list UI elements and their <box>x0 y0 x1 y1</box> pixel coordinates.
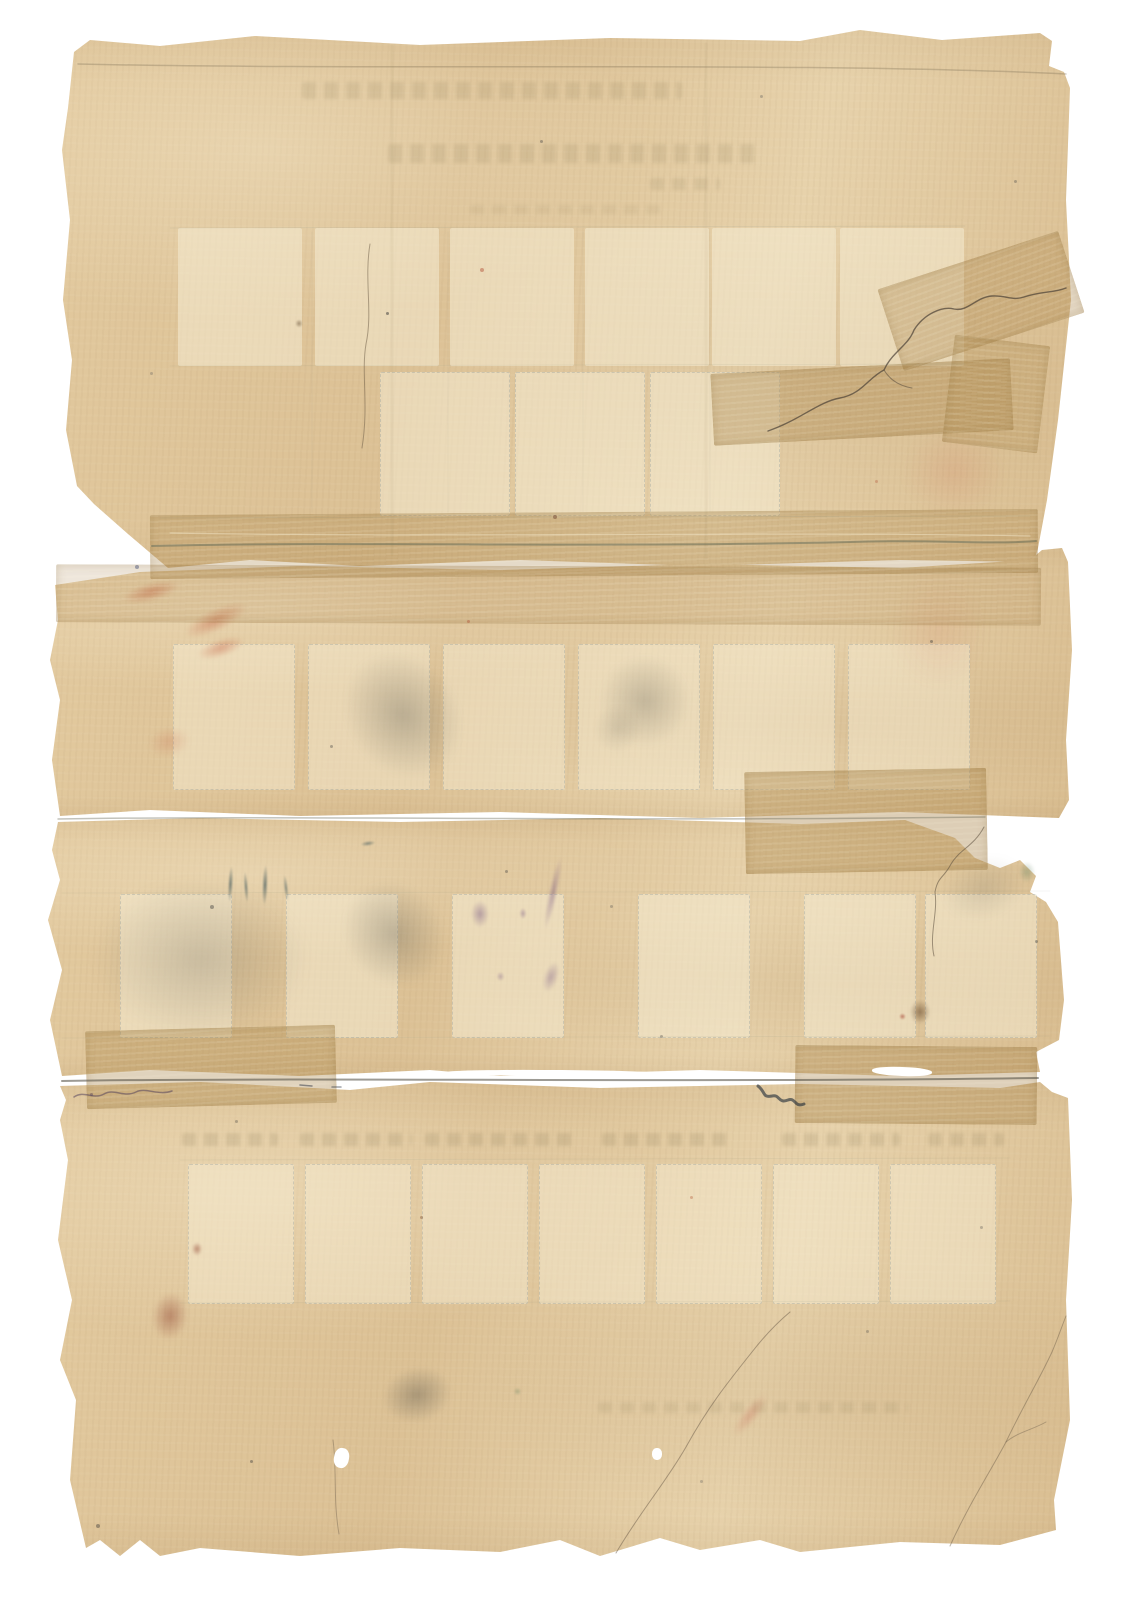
speckle-25 <box>700 1480 703 1483</box>
tape-lower-left <box>85 1025 337 1110</box>
speckle-12 <box>866 1330 869 1333</box>
violet-blot-1 <box>468 896 492 932</box>
speckle-4 <box>760 95 763 98</box>
grey-smudge-small <box>586 698 648 760</box>
speckle-17 <box>330 745 333 748</box>
brown-spot <box>906 996 934 1028</box>
tape-upper-right-vertical <box>942 335 1050 454</box>
ghost-stamp-row-5-ghost-stamp-impression <box>305 1164 411 1304</box>
ghost-stamp-row-5-ghost-stamp-impression <box>773 1164 879 1304</box>
ghost-stamp-row-1-ghost-stamp-impression <box>585 228 709 366</box>
speckle-9 <box>210 905 214 909</box>
ghost-stamp-row-2-ghost-stamp-impression <box>515 372 645 516</box>
speckle-20 <box>505 870 508 873</box>
speckle-1 <box>386 312 389 315</box>
speckle-13 <box>96 1524 100 1528</box>
ghost-line-small <box>470 205 660 214</box>
ghost-value-row-seg-4 <box>602 1133 734 1146</box>
ghost-value-row-seg-1 <box>182 1133 278 1146</box>
red-brown-stain <box>142 1281 198 1351</box>
tape-lower-right <box>795 1045 1038 1125</box>
ghost-value-row-seg-3 <box>425 1133 575 1146</box>
ghost-title-line-3 <box>650 178 720 190</box>
speckle-23 <box>610 905 613 908</box>
paper-piece-4 <box>56 1080 1076 1562</box>
ghost-title-line-2 <box>388 144 758 163</box>
speckle-8 <box>1014 180 1017 183</box>
speckle-3 <box>553 515 557 519</box>
speckle-15 <box>690 1196 693 1199</box>
ghost-stamp-row-5-ghost-stamp-impression <box>188 1164 294 1304</box>
ghost-value-row-seg-2 <box>300 1133 412 1146</box>
red-brown-drip <box>190 1240 204 1258</box>
ghost-stamp-row-5-ghost-stamp-impression <box>890 1164 996 1304</box>
ghost-stamp-row-1-ghost-stamp-impression <box>315 228 439 366</box>
ghost-stamp-row-1-ghost-stamp-impression <box>712 228 836 366</box>
speckle-6 <box>480 268 484 272</box>
speckle-21 <box>875 480 878 483</box>
speckle-19 <box>90 1093 93 1096</box>
ghost-value-row-seg-5 <box>782 1133 900 1146</box>
scanned-document <box>0 0 1126 1600</box>
violet-dot-2 <box>495 970 506 983</box>
speckle-22 <box>1035 940 1038 943</box>
ghost-stamp-row-5-ghost-stamp-impression <box>656 1164 762 1304</box>
ghost-value-row-seg-6 <box>928 1133 1004 1146</box>
red-dot-on-spot <box>898 1012 907 1021</box>
ghost-stamp-row-1-ghost-stamp-impression <box>178 228 302 366</box>
ghost-stamp-row-3-ghost-stamp-impression <box>713 644 835 790</box>
speckle-18 <box>135 565 139 569</box>
tape-join-band-lower <box>56 564 1041 625</box>
tape-mid-right <box>744 768 988 874</box>
violet-dot-1 <box>518 906 528 921</box>
ghost-stamp-row-2-ghost-stamp-impression <box>380 372 510 516</box>
ghost-title-line-1 <box>302 82 682 99</box>
split-gap-1 <box>446 1069 656 1076</box>
speckle-11 <box>250 1460 253 1463</box>
green-dot <box>512 1386 523 1397</box>
speckle-10 <box>660 1035 663 1038</box>
ghost-stamp-row-5-ghost-stamp-impression <box>539 1164 645 1304</box>
speckle-26 <box>235 1120 238 1123</box>
speckle-14 <box>420 1216 423 1219</box>
speckle-7 <box>467 620 470 623</box>
green-specks <box>1016 858 1038 886</box>
ghost-stamp-row-5-ghost-stamp-impression <box>422 1164 528 1304</box>
speckle-24 <box>150 372 153 375</box>
speckle-5 <box>930 640 933 643</box>
speckle-16 <box>980 1226 983 1229</box>
speckle-2 <box>540 140 543 143</box>
paper-fleck <box>652 1448 662 1460</box>
ghost-stamp-row-1-ghost-stamp-impression <box>450 228 574 366</box>
ghost-stamp-row-4-ghost-stamp-impression <box>638 894 750 1038</box>
brown-dot <box>294 318 304 329</box>
